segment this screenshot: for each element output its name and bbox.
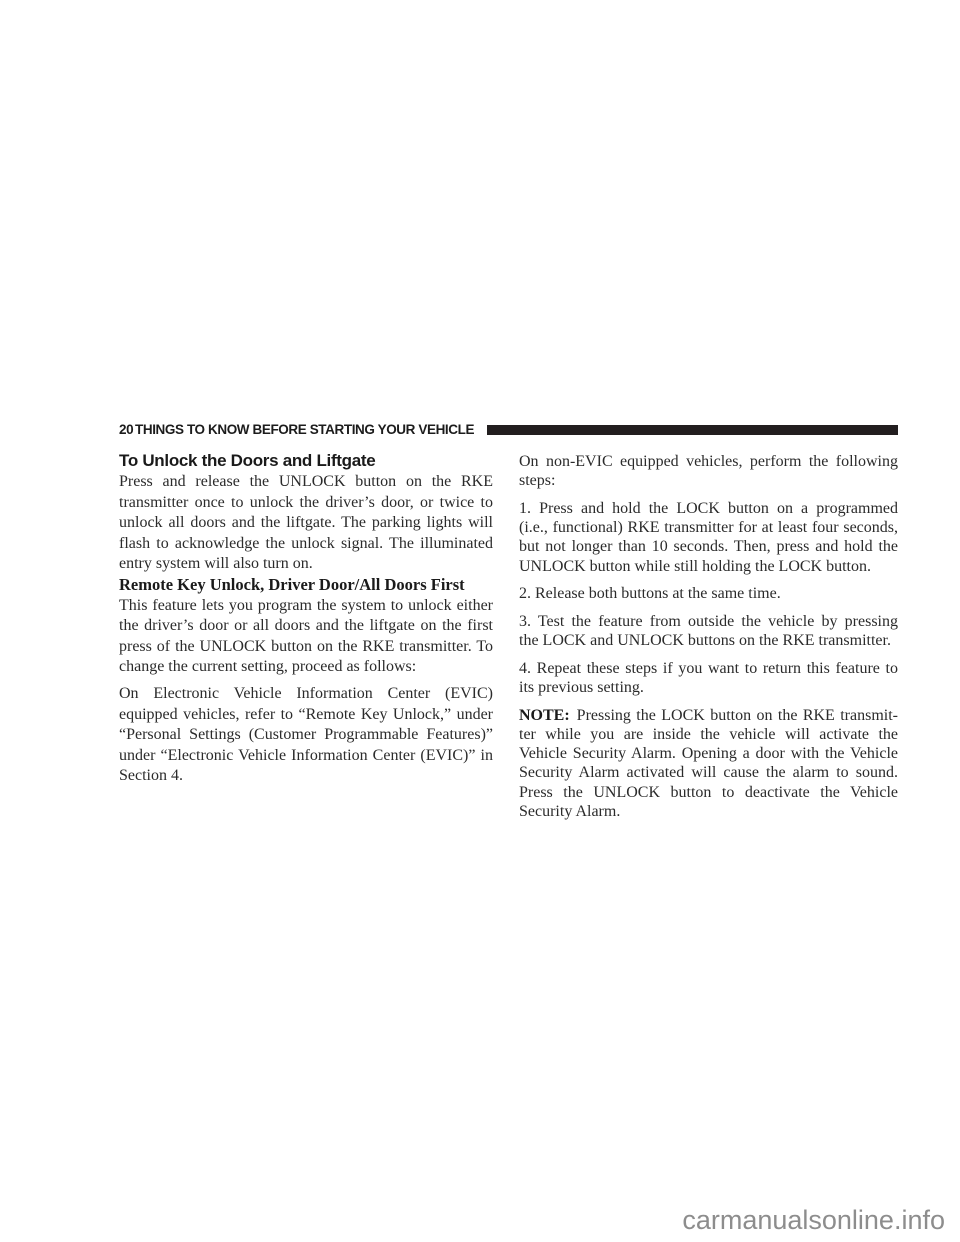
text-line: Press and release the UNLOCK button on t… (119, 472, 493, 493)
watermark: carmanualsonline.info (682, 1205, 945, 1236)
text-line: Vehicle Security Alarm. Opening a door w… (519, 744, 898, 763)
paragraph-remote-key-unlock: This feature lets you program the system… (119, 596, 493, 678)
text-line: the LOCK and UNLOCK buttons on the RKE t… (519, 631, 898, 650)
page-header: 20 THINGS TO KNOW BEFORE STARTING YOUR V… (119, 422, 898, 438)
text-line: under “Electronic Vehicle Information Ce… (119, 746, 493, 767)
right-column: On non-EVIC equipped vehicles, perform t… (519, 452, 898, 829)
text-line: equipped vehicles, refer to “Remote Key … (119, 705, 493, 726)
page-number: 20 (119, 422, 133, 437)
step-1: 1. Press and hold the LOCK button on a p… (519, 499, 898, 576)
section-heading-unlock-doors: To Unlock the Doors and Liftgate (119, 451, 493, 471)
text-line: its previous setting. (519, 678, 898, 697)
header-title: THINGS TO KNOW BEFORE STARTING YOUR VEHI… (135, 422, 474, 437)
text-line: entry system will also turn on. (119, 554, 493, 575)
text-line: On Electronic Vehicle Information Center… (119, 684, 493, 705)
text-line: unlock all doors and the liftgate. The p… (119, 513, 493, 534)
header-bar (487, 425, 898, 435)
step-2: 2. Release both buttons at the same time… (519, 584, 898, 603)
text-line: 4. Repeat these steps if you want to ret… (519, 659, 898, 678)
text-line: flash to acknowledge the unlock signal. … (119, 534, 493, 555)
text-line: “Personal Settings (Customer Programmabl… (119, 725, 493, 746)
text-line: This feature lets you program the system… (119, 596, 493, 617)
manual-page: 20 THINGS TO KNOW BEFORE STARTING YOUR V… (0, 0, 960, 1242)
paragraph-non-evic-intro: On non-EVIC equipped vehicles, perform t… (519, 452, 898, 490)
paragraph-note: NOTE:Pressing the LOCK button on the RKE… (519, 706, 898, 821)
left-column: To Unlock the Doors and Liftgate Press a… (119, 451, 493, 793)
text-line: press of the UNLOCK button on the RKE tr… (119, 637, 493, 658)
note-label: NOTE: (519, 707, 577, 724)
text-line: transmitter once to unlock the driver’s … (119, 493, 493, 514)
text-line: 2. Release both buttons at the same time… (519, 584, 898, 603)
step-4: 4. Repeat these steps if you want to ret… (519, 659, 898, 697)
text-line: UNLOCK button while still holding the LO… (519, 557, 898, 576)
text-line: steps: (519, 471, 898, 490)
text-line: Security Alarm activated will cause the … (519, 763, 898, 782)
step-3: 3. Test the feature from outside the veh… (519, 612, 898, 650)
text-line: Press the UNLOCK button to deactivate th… (519, 783, 898, 802)
text-line: the driver’s door or all doors and the l… (119, 616, 493, 637)
subheading-remote-key-unlock: Remote Key Unlock, Driver Door/All Doors… (119, 575, 493, 596)
text-line: 1. Press and hold the LOCK button on a p… (519, 499, 898, 518)
text-line: On non-EVIC equipped vehicles, perform t… (519, 452, 898, 471)
text-line: Section 4. (119, 766, 493, 787)
text-line: NOTE:Pressing the LOCK button on the RKE… (519, 706, 898, 725)
text-line: but not longer than 10 seconds. Then, pr… (519, 537, 898, 556)
text-line: ter while you are inside the vehicle wil… (519, 725, 898, 744)
text-line: (i.e., functional) RKE transmitter for a… (519, 518, 898, 537)
paragraph-unlock-doors: Press and release the UNLOCK button on t… (119, 472, 493, 575)
text-line: Security Alarm. (519, 802, 898, 821)
text-line: change the current setting, proceed as f… (119, 657, 493, 678)
paragraph-evic-reference: On Electronic Vehicle Information Center… (119, 684, 493, 787)
text-line: 3. Test the feature from outside the veh… (519, 612, 898, 631)
